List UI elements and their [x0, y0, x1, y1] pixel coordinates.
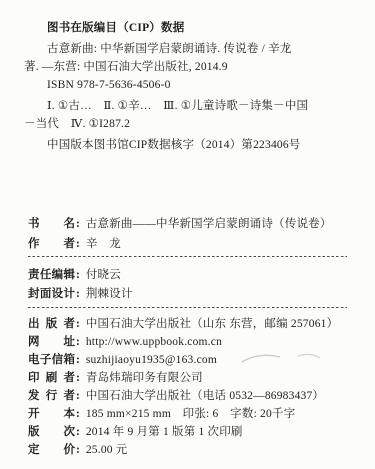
row-colon: :: [76, 269, 80, 281]
publisher-row: 出版者:中国石油大学出版社（山东 东营，邮编 257061）: [28, 315, 349, 333]
cip-record-number-line: 中国版本图书馆CIP数据核字（2014）第223406号: [24, 136, 349, 154]
row-value: 中国石油大学出版社（电话 0532—86983437）: [86, 390, 324, 402]
row-value: 辛 龙: [86, 238, 121, 250]
colophon-group-publication: 出版者:中国石油大学出版社（山东 东营，邮编 257061） 网址:http:/…: [28, 315, 349, 459]
price-row: 定价:25.00 元: [28, 441, 349, 459]
row-value: 185 mm×215 mm 印张: 6 字数: 20千字: [86, 408, 296, 420]
colophon-group-editors: 责任编辑:付晓云 封面设计:荆棘设计: [28, 266, 349, 304]
colophon-group-title: 书名:古意新曲——中华新国学启蒙朗诵诗（传说卷） 作者:辛 龙: [28, 214, 349, 254]
row-label: 网址: [28, 333, 75, 351]
cip-title-line: 古意新曲: 中华新国学启蒙朗诵诗. 传说卷 / 辛龙: [24, 40, 349, 58]
editor-row: 责任编辑:付晓云: [28, 266, 349, 285]
row-colon: :: [76, 372, 80, 384]
cip-classification-line: Ⅰ. ①古… Ⅱ. ①辛… Ⅲ. ①儿童诗歌－诗集－中国: [24, 97, 349, 115]
colophon: 书名:古意新曲——中华新国学启蒙朗诵诗（传说卷） 作者:辛 龙 责任编辑:付晓云…: [28, 214, 349, 459]
copyright-page: 图书在版编目（CIP）数据 古意新曲: 中华新国学启蒙朗诵诗. 传说卷 / 辛龙…: [0, 0, 375, 469]
row-value: 2014 年 9 月第 1 版第 1 次印刷: [86, 426, 243, 438]
row-colon: :: [76, 288, 80, 300]
row-label: 书名: [28, 214, 75, 234]
book-title-row: 书名:古意新曲——中华新国学启蒙朗诵诗（传说卷）: [28, 214, 349, 234]
cip-isbn-line: ISBN 978-7-5636-4506-0: [24, 76, 349, 94]
cip-block: 图书在版编目（CIP）数据 古意新曲: 中华新国学启蒙朗诵诗. 传说卷 / 辛龙…: [24, 19, 349, 154]
row-colon: :: [76, 238, 80, 250]
row-colon: :: [76, 318, 80, 330]
row-value: 付晓云: [86, 269, 121, 281]
distributor-row: 发行者:中国石油大学出版社（电话 0532—86983437）: [28, 387, 349, 405]
row-value: 荆棘设计: [86, 288, 133, 300]
row-colon: :: [76, 426, 80, 438]
cover-design-row: 封面设计:荆棘设计: [28, 285, 349, 304]
email-address: suzhijiaoyu1935@163.com: [86, 354, 217, 366]
row-label: 印刷者: [28, 369, 75, 387]
row-label: 定价: [28, 441, 75, 459]
website-url: http://www.uppbook.com.cn: [86, 336, 222, 348]
row-colon: :: [76, 408, 80, 420]
row-value: 青岛炜瑞印务有限公司: [86, 372, 203, 384]
format-row: 开本:185 mm×215 mm 印张: 6 字数: 20千字: [28, 405, 349, 423]
website-row: 网址:http://www.uppbook.com.cn: [28, 333, 349, 351]
row-value: 中国石油大学出版社（山东 东营，邮编 257061）: [86, 318, 338, 330]
row-label: 电子信箱: [28, 351, 75, 369]
row-label: 发行者: [28, 387, 75, 405]
row-value: 25.00 元: [86, 444, 128, 456]
row-label: 封面设计: [28, 285, 75, 304]
printer-row: 印刷者:青岛炜瑞印务有限公司: [28, 369, 349, 387]
author-row: 作者:辛 龙: [28, 234, 349, 254]
row-colon: :: [76, 218, 80, 230]
row-label: 版次: [28, 423, 75, 441]
dashed-divider: [28, 306, 347, 308]
row-value: 古意新曲——中华新国学启蒙朗诵诗（传说卷）: [86, 218, 332, 230]
row-label: 责任编辑: [28, 266, 75, 285]
row-label: 出版者: [28, 315, 75, 333]
dashed-divider: [28, 255, 347, 257]
cip-classification-line-2: －当代 Ⅳ. ①I287.2: [24, 115, 349, 133]
edition-row: 版次:2014 年 9 月第 1 版第 1 次印刷: [28, 423, 349, 441]
row-colon: :: [76, 354, 80, 366]
row-colon: :: [76, 336, 80, 348]
cip-heading: 图书在版编目（CIP）数据: [24, 19, 349, 37]
email-row: 电子信箱:suzhijiaoyu1935@163.com: [28, 351, 349, 369]
cip-publisher-line: 著. —东营: 中国石油大学出版社, 2014.9: [24, 58, 349, 76]
row-label: 开本: [28, 405, 75, 423]
row-colon: :: [76, 444, 80, 456]
row-label: 作者: [28, 234, 75, 254]
row-colon: :: [76, 390, 80, 402]
